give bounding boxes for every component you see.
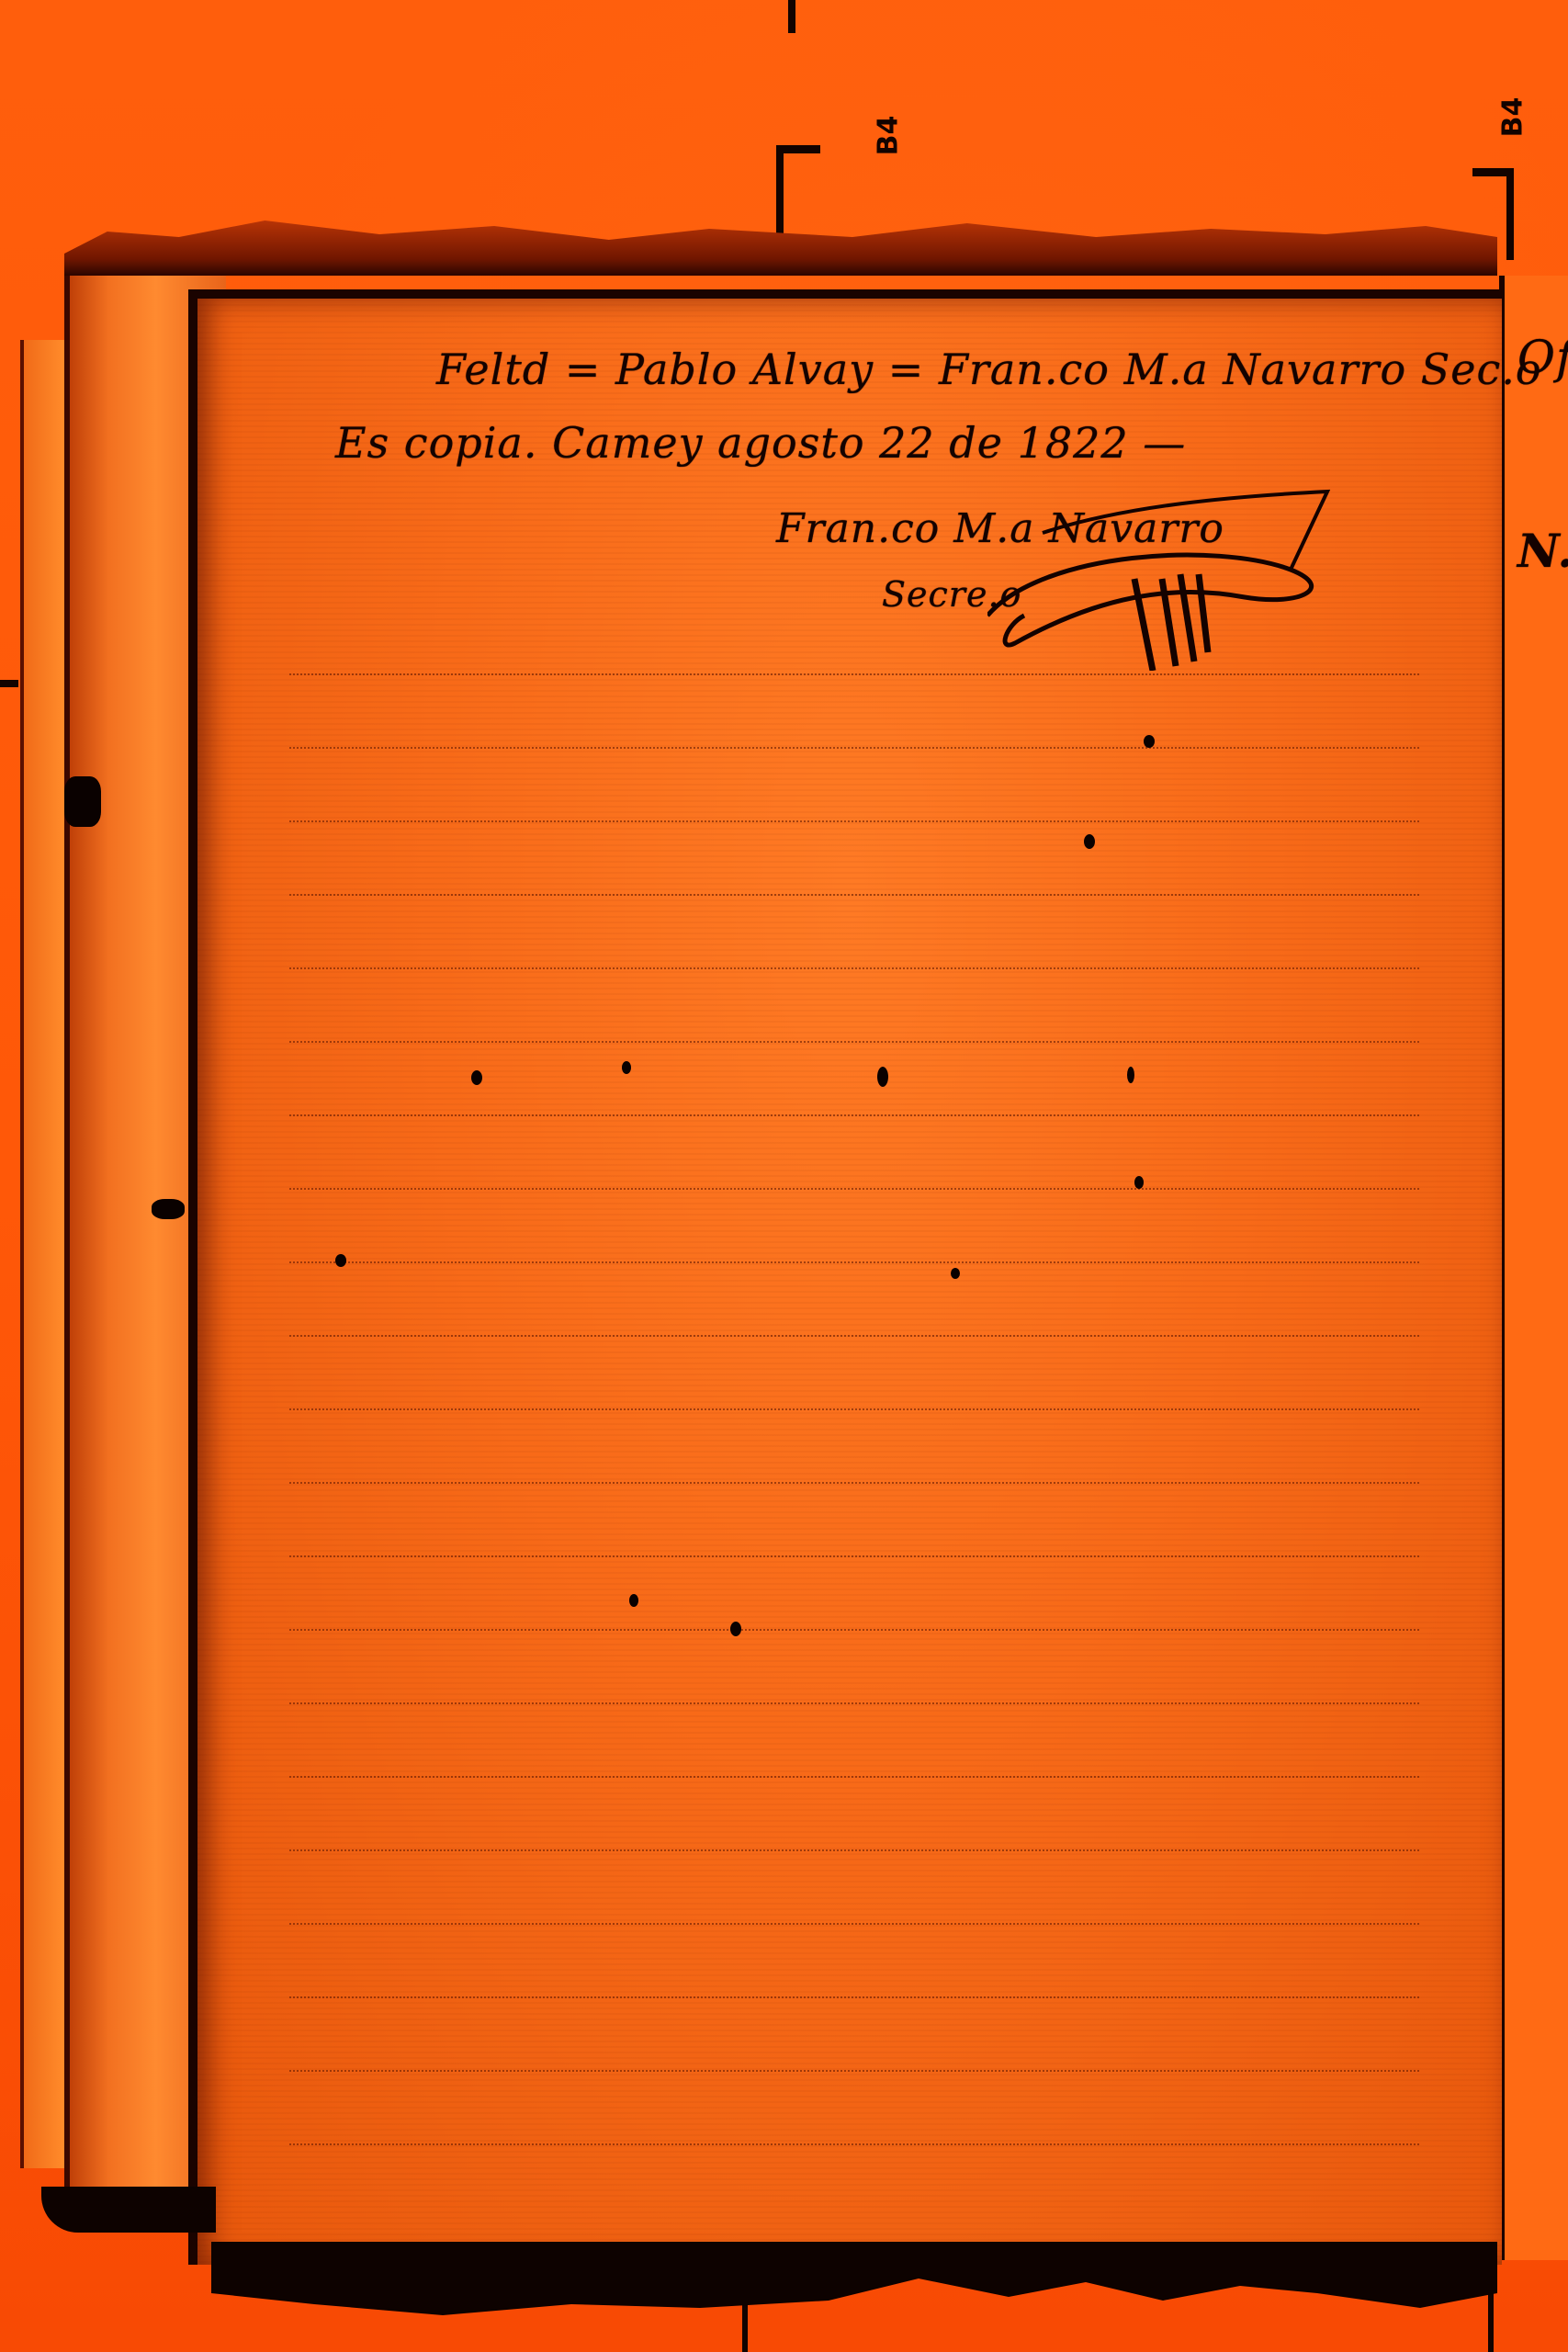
binding-stain [152, 1199, 185, 1219]
faded-text-line [289, 1989, 1419, 1998]
adjacent-page: Of N. [1499, 276, 1568, 2260]
faded-text-line [289, 1034, 1419, 1043]
faded-text-line [289, 1401, 1419, 1410]
faded-text-line [289, 1107, 1419, 1116]
ink-spot [1084, 834, 1095, 849]
faded-text-line [289, 887, 1419, 896]
crop-mark-top [788, 0, 795, 33]
faded-text-line [289, 1842, 1419, 1851]
faded-text-line [289, 1769, 1419, 1778]
faded-text-line [289, 1548, 1419, 1557]
ink-spot [622, 1061, 631, 1074]
faded-text-line [289, 2136, 1419, 2145]
registration-bracket-left-vert [776, 145, 784, 246]
ink-spot [629, 1594, 638, 1607]
signature-flourish [987, 487, 1337, 671]
manuscript-line-2: Es copia. Camey agosto 22 de 1822 — [335, 418, 1186, 468]
registration-bracket-right-vert [1506, 168, 1514, 260]
ink-spot [951, 1268, 960, 1279]
faded-text-line [289, 740, 1419, 749]
adjacent-page-text-2: N. [1517, 524, 1568, 578]
manuscript-line-1: Feltd = Pablo Alvay = Fran.co M.a Navarr… [436, 345, 1542, 394]
faded-text-line [289, 1916, 1419, 1925]
manuscript-page: Feltd = Pablo Alvay = Fran.co M.a Navarr… [188, 289, 1502, 2265]
faded-text-line [289, 1695, 1419, 1704]
faded-text-line [289, 1475, 1419, 1484]
faded-text-line [289, 960, 1419, 969]
ink-spot [1144, 735, 1155, 748]
ink-spot [471, 1070, 482, 1085]
faded-text-line [289, 1328, 1419, 1337]
ink-spot [730, 1622, 741, 1636]
registration-label-b4-left: B4 [872, 116, 904, 156]
registration-label-b4-right: B4 [1496, 97, 1529, 138]
crop-mark-left [0, 680, 18, 687]
faded-text-line [289, 813, 1419, 822]
ink-spot [877, 1067, 888, 1087]
faded-text-line [289, 1622, 1419, 1631]
binding-stain [64, 776, 101, 827]
faded-text-line [289, 1181, 1419, 1190]
faded-text-line [289, 1254, 1419, 1263]
ink-spot [335, 1254, 346, 1267]
ink-spot [1127, 1067, 1134, 1083]
left-sheet-bottom-shadow [41, 2187, 216, 2233]
faded-text-line [289, 666, 1419, 675]
ink-spot [1134, 1176, 1144, 1189]
faded-text-line [289, 2063, 1419, 2072]
